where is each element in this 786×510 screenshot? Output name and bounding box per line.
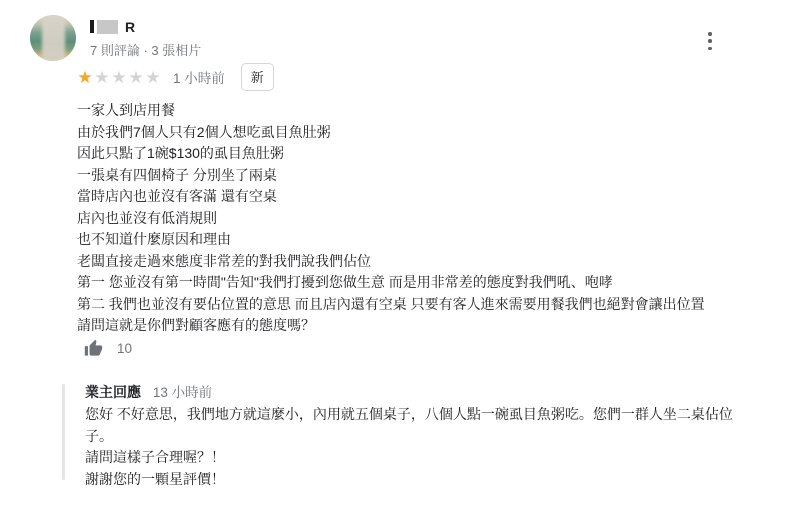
review-line: 店內也並沒有低消規則 bbox=[77, 208, 782, 230]
rating-row: ★ ★ ★ ★ ★ 1 小時前 新 bbox=[77, 65, 274, 89]
helpful-row: 10 bbox=[84, 338, 132, 358]
review-line: 也不知道什麼原因和理由 bbox=[77, 229, 782, 251]
thumb-up-button[interactable] bbox=[84, 338, 104, 358]
owner-response-header: 業主回應 13 小時前 bbox=[85, 381, 737, 399]
review-line: 因此只點了1碗$130的虱目魚肚粥 bbox=[77, 143, 782, 165]
review-header: R 7 則評論 · 3 張相片 bbox=[30, 15, 201, 61]
review-line: 一張桌有四個椅子 分別坐了兩桌 bbox=[77, 165, 782, 187]
owner-response-paragraph: 您好 不好意思，我們地方就這麼小，內用就五個桌子，八個人點一碗虱目魚粥吃。您們一… bbox=[85, 404, 737, 447]
review-line: 請問這就是你們對顧客應有的態度嗎？ bbox=[77, 315, 782, 337]
reviewer-info: R 7 則評論 · 3 張相片 bbox=[90, 15, 201, 61]
redacted-name-box bbox=[97, 20, 118, 34]
review-line: 一家人到店用餐 bbox=[77, 100, 782, 122]
owner-response-paragraph: 請問這樣子合理喔？！ bbox=[85, 447, 737, 469]
reviewer-name-text: R bbox=[125, 19, 135, 35]
new-badge: 新 bbox=[241, 63, 274, 91]
owner-response-title: 業主回應 bbox=[85, 384, 141, 400]
star-icon: ★ bbox=[145, 69, 162, 86]
star-icon: ★ bbox=[77, 69, 94, 86]
review-text: 一家人到店用餐 由於我們7個人只有2個人想吃虱目魚肚粥 因此只點了1碗$130的… bbox=[77, 100, 782, 337]
star-icon: ★ bbox=[128, 69, 145, 86]
reviewer-stats: 7 則評論 · 3 張相片 bbox=[90, 40, 201, 59]
owner-response-body: 您好 不好意思，我們地方就這麼小，內用就五個桌子，八個人點一碗虱目魚粥吃。您們一… bbox=[85, 404, 737, 490]
helpful-count: 10 bbox=[117, 341, 132, 356]
owner-response-paragraph: 謝謝您的一顆星評價！ bbox=[85, 469, 737, 491]
review-time: 1 小時前 bbox=[173, 67, 225, 87]
owner-response-divider bbox=[62, 384, 65, 480]
review-line: 由於我們7個人只有2個人想吃虱目魚肚粥 bbox=[77, 122, 782, 144]
review-page: R 7 則評論 · 3 張相片 ★ ★ ★ ★ ★ 1 小時前 新 一家人到店用… bbox=[0, 0, 786, 510]
redacted-name-bar bbox=[90, 20, 94, 33]
review-line: 當時店內也並沒有客滿 還有空桌 bbox=[77, 186, 782, 208]
owner-response-time: 13 小時前 bbox=[153, 385, 212, 400]
review-line: 第二 我們也並沒有要佔位置的意思 而且店內還有空桌 只要有客人進來需要用餐我們也… bbox=[77, 294, 782, 316]
star-rating: ★ ★ ★ ★ ★ bbox=[77, 69, 162, 86]
star-icon: ★ bbox=[111, 69, 128, 86]
kebab-menu-icon bbox=[708, 32, 712, 36]
reviewer-name[interactable]: R bbox=[90, 18, 201, 35]
avatar[interactable] bbox=[30, 15, 76, 61]
review-line: 老闆直接走過來態度非常差的對我們說我們佔位 bbox=[77, 251, 782, 273]
owner-response: 業主回應 13 小時前 您好 不好意思，我們地方就這麼小，內用就五個桌子，八個人… bbox=[85, 381, 737, 490]
star-icon: ★ bbox=[94, 69, 111, 86]
thumb-up-icon bbox=[84, 339, 103, 358]
avatar-blur-strip bbox=[42, 15, 65, 61]
more-options-button[interactable] bbox=[702, 31, 718, 51]
review-line: 第一 您並沒有第一時間"告知"我們打擾到您做生意 而是用非常差的態度對我們吼、咆… bbox=[77, 272, 782, 294]
